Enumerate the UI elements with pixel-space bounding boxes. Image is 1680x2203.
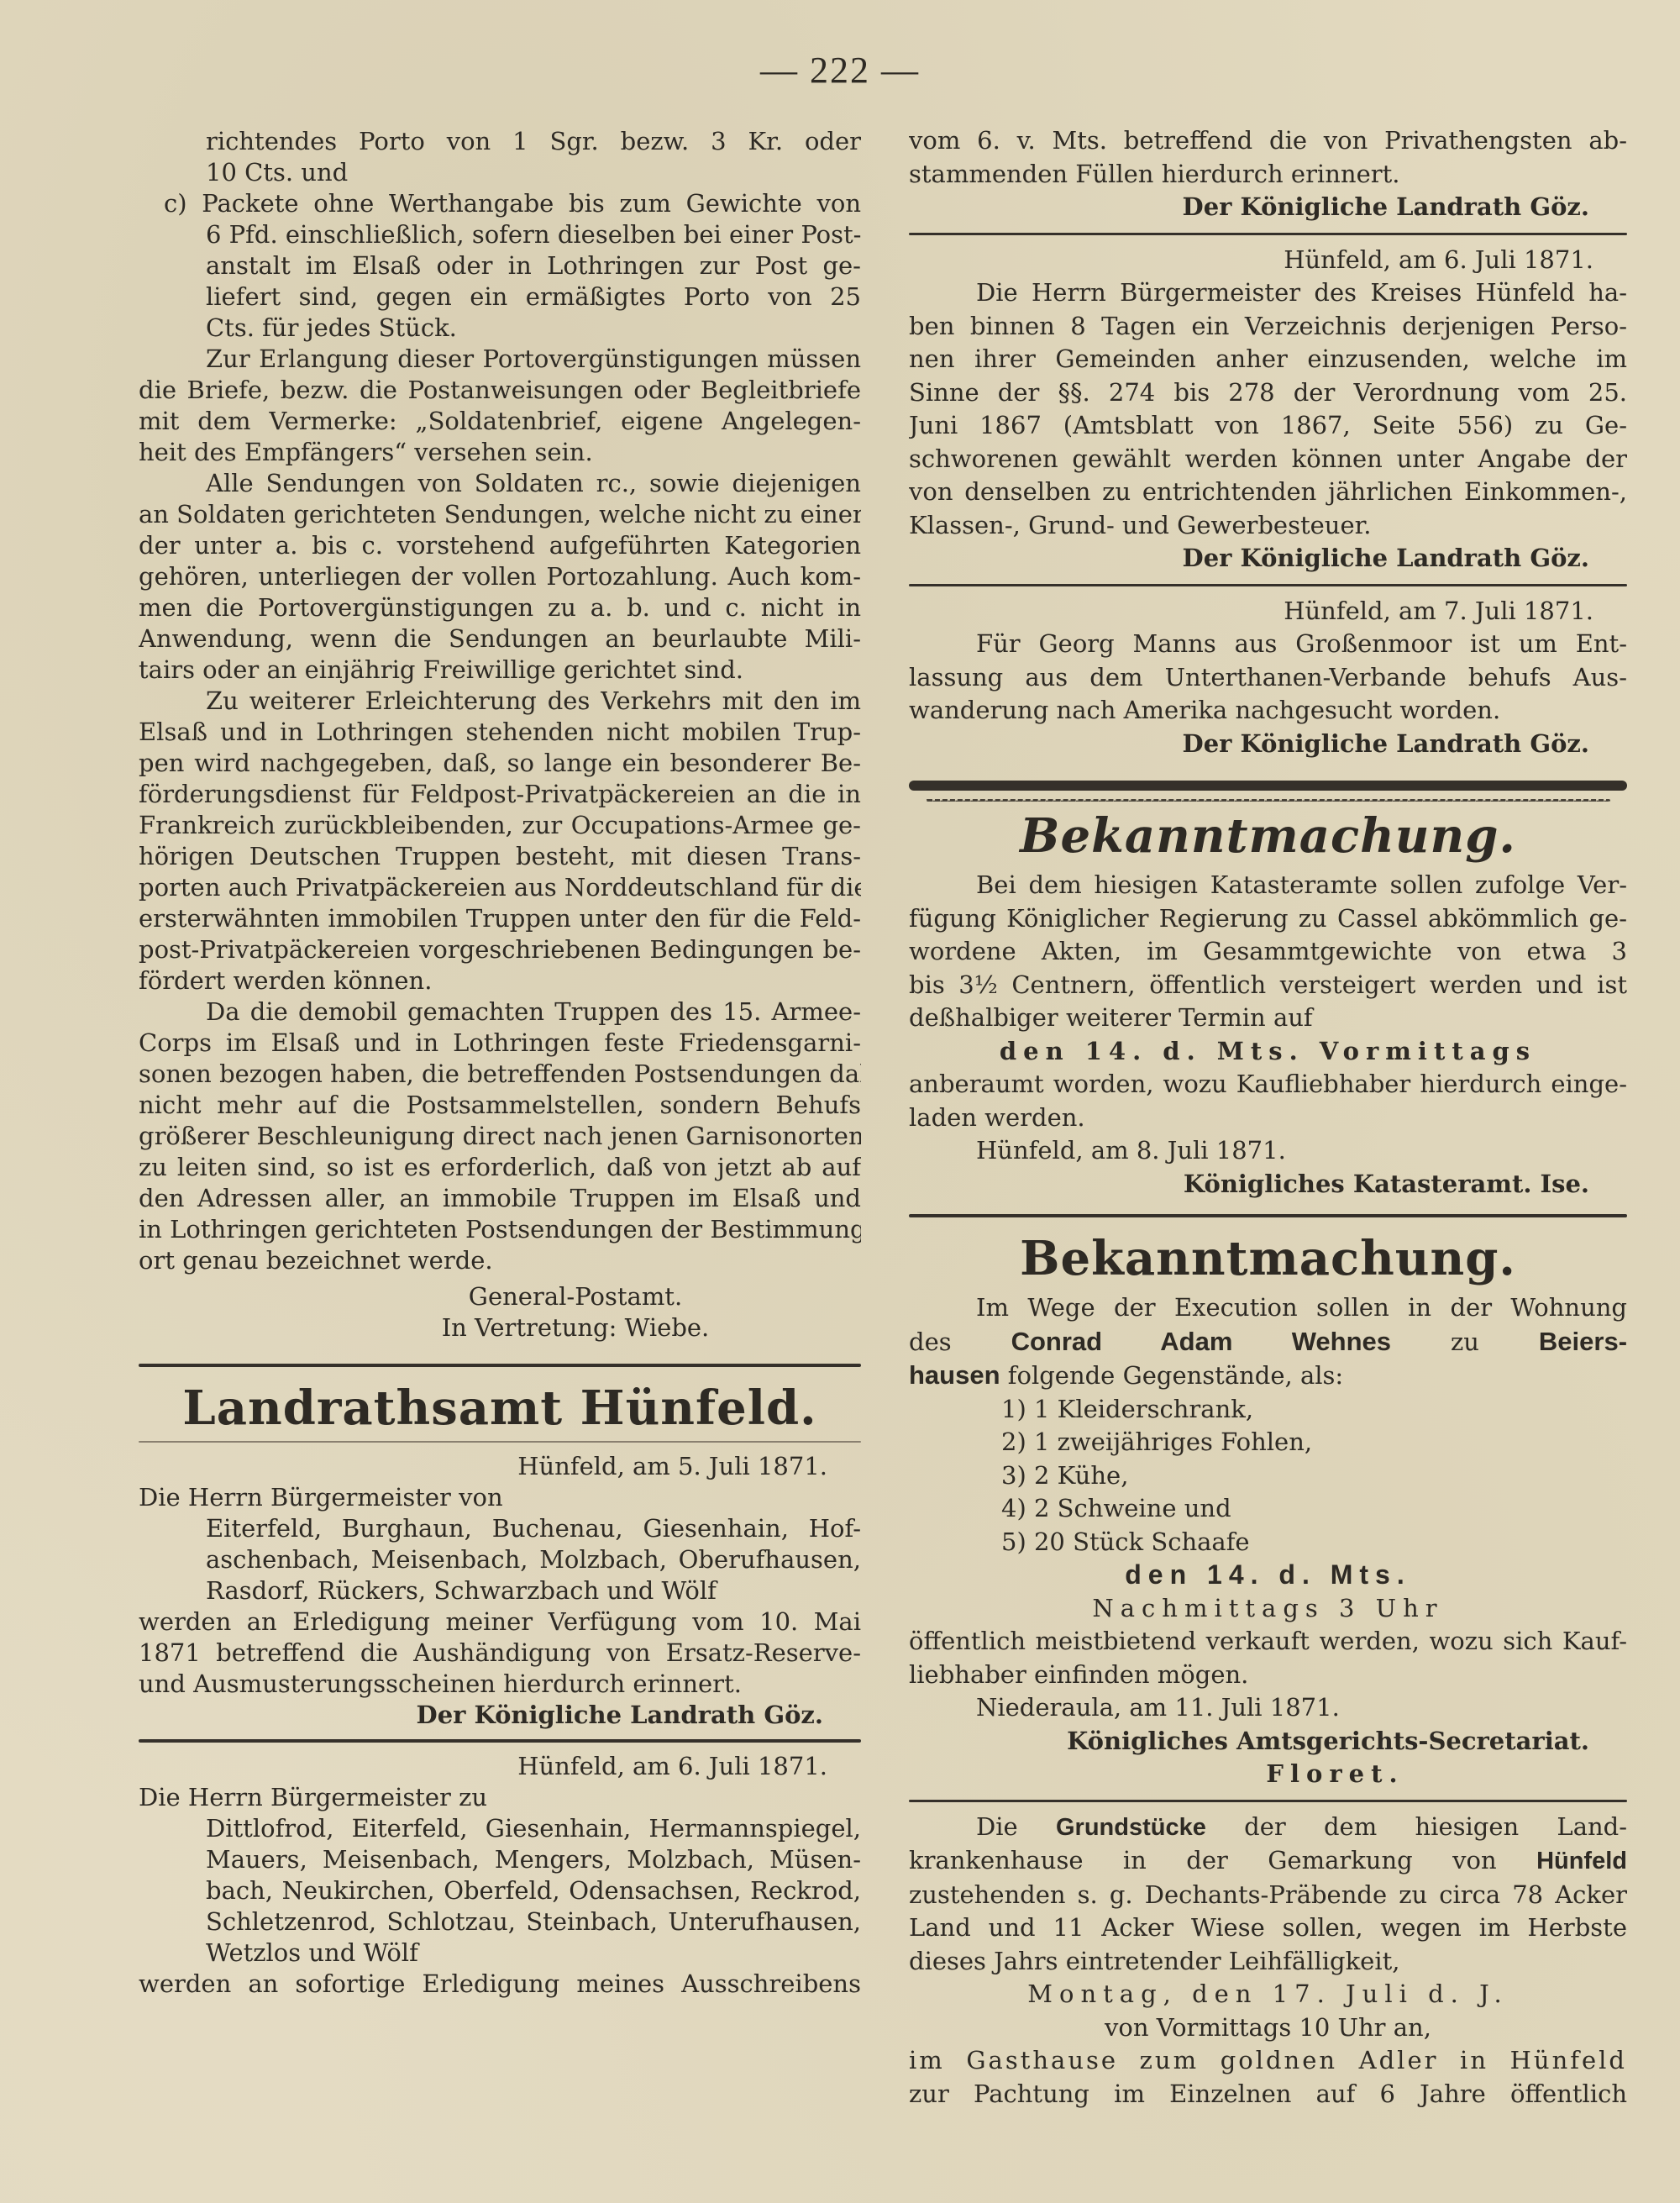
- text-line: Juni 1867 (Amtsblatt von 1867, Seite 556…: [909, 409, 1627, 443]
- text-line: richtendes Porto von 1 Sgr. bezw. 3 Kr. …: [139, 126, 861, 157]
- text-line: fügung Königlicher Regierung zu Cassel a…: [909, 902, 1627, 936]
- notice-5-juli: Hünfeld, am 5. Juli 1871. Die Herrn Bürg…: [139, 1451, 861, 1731]
- text-line: gehören, unterliegen der vollen Portozah…: [139, 561, 861, 592]
- text-line: Klassen-, Grund- und Gewerbesteuer.: [909, 509, 1627, 543]
- text-line: ort genau bezeichnet werde.: [139, 1245, 861, 1276]
- text-line: ersterwähnten immobilen Truppen unter de…: [139, 903, 861, 934]
- section-divider: [909, 1214, 1627, 1217]
- signature-landrath: Der Königliche Landrath Göz.: [909, 191, 1627, 224]
- text-line: dieses Jahrs eintretender Leihfälligkeit…: [909, 1945, 1627, 1979]
- notice-divider: [139, 1739, 861, 1743]
- text-line: Cts. für jedes Stück.: [139, 313, 861, 344]
- text-line: hörigen Deutschen Truppen besteht, mit d…: [139, 841, 861, 872]
- lease-date: Montag, den 17. Juli d. J.: [909, 1978, 1627, 2011]
- text-line: nicht mehr auf die Postsammelstellen, so…: [139, 1090, 861, 1121]
- text-line: Land und 11 Acker Wiese sollen, wegen im…: [909, 1911, 1627, 1945]
- text-line: öffentlich meistbietend verkauft werden,…: [909, 1625, 1627, 1659]
- text-line: pen wird nachgegeben, daß, so lange ein …: [139, 748, 861, 779]
- text-line: an Soldaten gerichteten Sendungen, welch…: [139, 499, 861, 530]
- place-list-line: Schletzenrod, Schlotzau, Steinbach, Unte…: [139, 1906, 861, 1937]
- notice-grundstuecke: Die Grundstücke der dem hiesigen Land- k…: [909, 1811, 1627, 2111]
- text-line: Anwendung, wenn die Sendungen an beurlau…: [139, 623, 861, 655]
- highlight-word: Grundstücke: [1056, 1814, 1206, 1841]
- page-number: — 222 —: [0, 49, 1680, 92]
- text-line: förderungsdienst für Feldpost-Privatpäck…: [139, 779, 861, 810]
- notice-intro: Die Herrn Bürgermeister von: [139, 1482, 861, 1513]
- notice-6-juli-right: Hünfeld, am 6. Juli 1871. Die Herrn Bürg…: [909, 244, 1627, 576]
- notice-6-juli-left: Hünfeld, am 6. Juli 1871. Die Herrn Bürg…: [139, 1751, 861, 2000]
- text-line: Im Wege der Execution sollen in der Wohn…: [909, 1291, 1627, 1325]
- text-line: größerer Beschleunigung direct nach jene…: [139, 1121, 861, 1152]
- text-line: zu leiten sind, so ist es erforderlich, …: [139, 1152, 861, 1183]
- section-divider: [139, 1364, 861, 1367]
- text-line: 10 Cts. und: [139, 157, 861, 188]
- text-line: in Lothringen gerichteten Postsendungen …: [139, 1214, 861, 1245]
- signature-landrath: Der Königliche Landrath Göz.: [139, 1700, 861, 1731]
- owner-name: Conrad Adam Wehnes: [1011, 1327, 1391, 1356]
- text-line: bis 3½ Centnern, öffentlich versteigert …: [909, 969, 1627, 1002]
- text-line: im Gasthause zum goldnen Adler in Hünfel…: [909, 2044, 1627, 2078]
- text-line: zur Pachtung im Einzelnen auf 6 Jahre öf…: [909, 2078, 1627, 2111]
- signature-landrath: Der Königliche Landrath Göz.: [909, 728, 1627, 761]
- text-line: wordene Akten, im Gesammtgewichte von et…: [909, 935, 1627, 969]
- text-line: laden werden.: [909, 1101, 1627, 1135]
- text-line: fördert werden können.: [139, 965, 861, 996]
- text-line: tairs oder an einjährig Freiwillige geri…: [139, 655, 861, 686]
- text-line: Sinne der §§. 274 bis 278 der Verordnung…: [909, 376, 1627, 410]
- text-line: wanderung nach Amerika nachgesucht worde…: [909, 694, 1627, 728]
- text-line: heit des Empfängers“ versehen sein.: [139, 437, 861, 468]
- notice-divider: [909, 584, 1627, 586]
- signature-name: Floret.: [909, 1758, 1627, 1791]
- text-line: Die Herrn Bürgermeister des Kreises Hünf…: [909, 276, 1627, 310]
- post-notice: richtendes Porto von 1 Sgr. bezw. 3 Kr. …: [139, 126, 861, 1343]
- text-line: post-Privatpäckereien vorgeschriebenen B…: [139, 934, 861, 965]
- notice-intro: Die Herrn Bürgermeister zu: [139, 1782, 861, 1813]
- announcement-date: Niederaula, am 11. Juli 1871.: [909, 1691, 1627, 1725]
- text-line: der unter a. bis c. vorstehend aufgeführ…: [139, 530, 861, 561]
- notice-date: Hünfeld, am 7. Juli 1871.: [909, 595, 1627, 628]
- text-line: und Ausmusterungsscheinen hierdurch erin…: [139, 1669, 861, 1700]
- text-line: von denselben zu entrichtenden jährliche…: [909, 476, 1627, 509]
- text-line: ben binnen 8 Tagen ein Verzeichnis derje…: [909, 310, 1627, 344]
- place-list-line: Mauers, Meisenbach, Mengers, Molzbach, M…: [139, 1844, 861, 1875]
- notice-divider: [909, 233, 1627, 235]
- place-list-line: Dittlofrod, Eiterfeld, Giesenhain, Herma…: [139, 1813, 861, 1844]
- text-line: porten auch Privatpäckereien aus Norddeu…: [139, 872, 861, 903]
- continuation-notice: vom 6. v. Mts. betreffend die von Privat…: [909, 124, 1627, 224]
- list-item: 5) 20 Stück Schaafe: [909, 1526, 1627, 1559]
- text-line: sonen bezogen haben, die betreffenden Po…: [139, 1059, 861, 1090]
- place-list-line: Eiterfeld, Burghaun, Buchenau, Giesenhai…: [139, 1513, 861, 1544]
- list-item: 2) 1 zweijähriges Fohlen,: [909, 1426, 1627, 1459]
- section-divider-thick: [909, 781, 1627, 791]
- owner-line: des Conrad Adam Wehnes zu Beiers-: [909, 1325, 1627, 1359]
- text-line: c) Packete ohne Werthangabe bis zum Gewi…: [139, 188, 861, 219]
- text-fragment: des: [909, 1328, 952, 1356]
- announcement-title: Bekanntmachung.: [909, 803, 1627, 869]
- text-line: men die Portovergünstigungen zu a. b. un…: [139, 592, 861, 623]
- owner-place-cont: hausen: [909, 1360, 1000, 1390]
- text-fragment: folgende Gegenstände, als:: [1008, 1361, 1343, 1390]
- text-line: krankenhause in der Gemarkung von Hünfel…: [909, 1844, 1627, 1879]
- text-line: lassung aus dem Unterthanen-Verbande beh…: [909, 661, 1627, 695]
- text-line: deßhalbiger weiterer Termin auf: [909, 1002, 1627, 1035]
- auction-term: den 14. d. Mts. Vormittags: [909, 1035, 1627, 1069]
- text-line: nen ihrer Gemeinden anher einzusenden, w…: [909, 343, 1627, 376]
- text-line: 1871 betreffend die Aushändigung von Ers…: [139, 1638, 861, 1669]
- announcement-date: Hünfeld, am 8. Juli 1871.: [909, 1134, 1627, 1168]
- text-line: schworenen gewählt werden können unter A…: [909, 443, 1627, 476]
- list-item: 3) 2 Kühe,: [909, 1459, 1627, 1493]
- text-line: Die Grundstücke der dem hiesigen Land-: [909, 1811, 1627, 1845]
- lease-time: von Vormittags 10 Uhr an,: [909, 2011, 1627, 2045]
- auction-time: Nachmittags 3 Uhr: [909, 1592, 1627, 1626]
- text-line: Frankreich zurückbleibenden, zur Occupat…: [139, 810, 861, 841]
- text-fragment: der dem hiesigen Land-: [1244, 1812, 1627, 1841]
- notice-divider: [909, 1800, 1627, 1802]
- notice-date: Hünfeld, am 6. Juli 1871.: [909, 244, 1627, 277]
- list-item: 4) 2 Schweine und: [909, 1492, 1627, 1526]
- text-line: den Adressen aller, an immobile Truppen …: [139, 1183, 861, 1214]
- text-line: werden an sofortige Erledigung meines Au…: [139, 1969, 861, 2000]
- text-line: 6 Pfd. einschließlich, sofern dieselben …: [139, 219, 861, 250]
- text-line: Alle Sendungen von Soldaten rc., sowie d…: [139, 468, 861, 499]
- place-list-line: Rasdorf, Rückers, Schwarzbach und Wölf: [139, 1575, 861, 1606]
- right-column: vom 6. v. Mts. betreffend die von Privat…: [909, 124, 1627, 2111]
- section-title: Landrathsamt Hünfeld.: [139, 1375, 861, 1441]
- text-line: Bei dem hiesigen Katasteramte sollen zuf…: [909, 869, 1627, 902]
- list-item: 1) 1 Kleiderschrank,: [909, 1393, 1627, 1427]
- text-line: Zu weiterer Erleichterung des Verkehrs m…: [139, 686, 861, 717]
- place-list-line: bach, Neukirchen, Oberfeld, Odensachsen,…: [139, 1875, 861, 1906]
- signature-deputy: In Vertretung: Wiebe.: [139, 1312, 861, 1343]
- owner-line-2: hausen folgende Gegenstände, als:: [909, 1359, 1627, 1393]
- text-line: liefert sind, gegen ein ermäßigtes Porto…: [139, 281, 861, 313]
- text-line: liebhaber einfinden mögen.: [909, 1659, 1627, 1692]
- owner-place: Beiers-: [1539, 1327, 1627, 1356]
- text-line: werden an Erledigung meiner Verfügung vo…: [139, 1606, 861, 1638]
- notice-7-juli: Hünfeld, am 7. Juli 1871. Für Georg Mann…: [909, 595, 1627, 761]
- text-line: Elsaß und in Lothringen stehenden nicht …: [139, 717, 861, 748]
- text-line: vom 6. v. Mts. betreffend die von Privat…: [909, 124, 1627, 158]
- text-line: Corps im Elsaß und in Lothringen feste F…: [139, 1028, 861, 1059]
- text-fragment: krankenhause in der Gemarkung von: [909, 1846, 1497, 1874]
- place-list-line: aschenbach, Meisenbach, Molzbach, Oberuf…: [139, 1544, 861, 1575]
- text-line: mit dem Vermerke: „Soldatenbrief, eigene…: [139, 406, 861, 437]
- text-line: Für Georg Manns aus Großenmoor ist um En…: [909, 628, 1627, 661]
- text-line: die Briefe, bezw. die Postanweisungen od…: [139, 375, 861, 406]
- highlight-word: Hünfeld: [1536, 1848, 1627, 1874]
- signature-secretariat: Königliches Amtsgerichts-Secretariat.: [909, 1725, 1627, 1759]
- announcement-title: Bekanntmachung.: [909, 1226, 1627, 1291]
- text-line: anstalt im Elsaß oder in Lothringen zur …: [139, 250, 861, 281]
- text-fragment: zu: [1451, 1328, 1479, 1356]
- text-fragment: Die: [976, 1812, 1018, 1841]
- notice-date: Hünfeld, am 5. Juli 1871.: [139, 1451, 861, 1482]
- signature-postamt: General-Postamt.: [139, 1281, 861, 1312]
- text-line: zustehenden s. g. Dechants-Präbende zu c…: [909, 1879, 1627, 1912]
- signature-landrath: Der Königliche Landrath Göz.: [909, 542, 1627, 576]
- signature-katasteramt: Königliches Katasteramt. Ise.: [909, 1168, 1627, 1201]
- announcement-execution: Bekanntmachung. Im Wege der Execution so…: [909, 1226, 1627, 1791]
- text-line: stammenden Füllen hierdurch erinnert.: [909, 158, 1627, 192]
- text-line: Zur Erlangung dieser Portovergünstigunge…: [139, 344, 861, 375]
- place-list-line: Wetzlos und Wölf: [139, 1937, 861, 1969]
- auction-date: den 14. d. Mts.: [909, 1559, 1627, 1592]
- announcement-katasteramt: Bekanntmachung. Bei dem hiesigen Kataste…: [909, 803, 1627, 1201]
- text-line: Da die demobil gemachten Truppen des 15.…: [139, 996, 861, 1028]
- section-underline: [139, 1441, 861, 1443]
- text-line: anberaumt worden, wozu Kaufliebhaber hie…: [909, 1068, 1627, 1101]
- notice-date: Hünfeld, am 6. Juli 1871.: [139, 1751, 861, 1782]
- left-column: richtendes Porto von 1 Sgr. bezw. 3 Kr. …: [139, 126, 861, 2000]
